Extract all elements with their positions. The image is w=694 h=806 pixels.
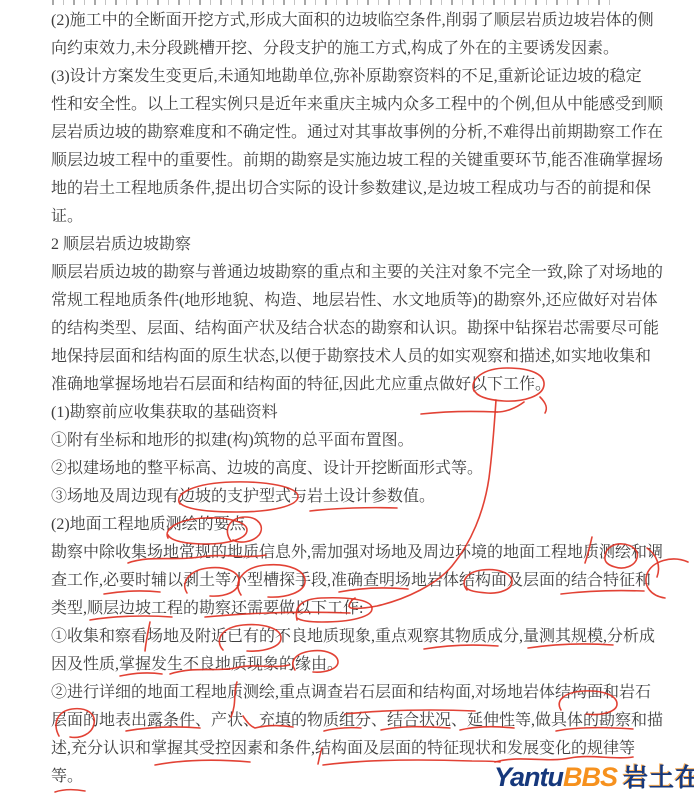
text-line: (3)设计方案发生变更后,未通知地勘单位,弥补原勘察资料的不足,重新论证边坡的稳…: [51, 63, 651, 91]
text-line: 类型,顺层边坡工程的勘察还需要做以下工作:: [51, 595, 651, 623]
text-line: ②进行详细的地面工程地质测绘,重点调查岩石层面和结构面,对场地岩体结构面和岩石: [51, 679, 651, 707]
text-line: 因及性质,掌握发生不良地质现象的缘由。: [51, 651, 651, 679]
text-line: 层面的地表出露条件、产状、充填的物质组分、结合状况、延伸性等,做具体的勘察和描: [51, 707, 651, 735]
text-line: 的结构类型、层面、结构面产状及结合状态的勘察和认识。勘探中钻探岩芯需要尽可能: [51, 315, 651, 343]
text-line: ②拟建场地的整平标高、边坡的高度、设计开挖断面形式等。: [51, 455, 651, 483]
logo-text-yantu: Yantu: [494, 762, 563, 792]
text-line: ①收集和察看场地及附近已有的不良地质现象,重点观察其物质成分,量测其规模,分析成: [51, 623, 651, 651]
text-line: 查工作,必要时辅以剥土等小型槽探手段,准确查明场地岩体结构面及层面的结合特征和: [51, 567, 651, 595]
document-page: (2)施工中的全断面开挖方式,形成大面积的边坡临空条件,削弱了顺层岩质边坡岩体的…: [0, 0, 694, 806]
text-line: 地的岩土工程地质条件,提出切合实际的设计参数建议,是边坡工程成功与否的前提和保: [51, 175, 651, 203]
text-line: (2)地面工程地质测绘的要点: [51, 511, 651, 539]
yantubbs-logo: YantuBBS 岩土在线: [494, 758, 694, 794]
text-line: 性和安全性。以上工程实例只是近年来重庆主城内众多工程中的个例,但从中能感受到顺: [51, 91, 651, 119]
text-line: 顺层边坡工程中的重要性。前期的勘察是实施边坡工程的关键重要环节,能否准确掌握场: [51, 147, 651, 175]
text-line: 准确地掌握场地岩石层面和结构面的特征,因此尤应重点做好以下工作。: [51, 371, 651, 399]
text-line: 勘察中除收集场地常规的地质信息外,需加强对场地及周边环境的地面工程地质测绘和调: [51, 539, 651, 567]
logo-text-cjk: 岩土在线: [623, 758, 694, 794]
document-text: (2)施工中的全断面开挖方式,形成大面积的边坡临空条件,削弱了顺层岩质边坡岩体的…: [51, 7, 651, 791]
text-line: ③场地及周边现有边坡的支护型式与岩土设计参数值。: [51, 483, 651, 511]
text-line: 证。: [51, 203, 651, 231]
text-line: 顺层岩质边坡的勘察与普通边坡勘察的重点和主要的关注对象不完全一致,除了对场地的: [51, 259, 651, 287]
logo-latin: YantuBBS: [494, 762, 617, 793]
text-line: 常规工程地质条件(地形地貌、构造、地层岩性、水文地质等)的勘察外,还应做好对岩体: [51, 287, 651, 315]
logo-text-bbs: BBS: [563, 762, 617, 792]
text-line: (1)勘察前应收集获取的基础资料: [51, 399, 651, 427]
text-line: 2 顺层岩质边坡勘察: [51, 231, 651, 259]
text-line: 地保持层面和结构面的原生状态,以便于勘察技术人员的如实观察和描述,如实地收集和: [51, 343, 651, 371]
text-line: ①附有坐标和地形的拟建(构)筑物的总平面布置图。: [51, 427, 651, 455]
clipped-text-line: [52, 0, 612, 5]
text-line: 向约束效力,未分段跳槽开挖、分段支护的施工方式,构成了外在的主要诱发因素。: [51, 35, 651, 63]
text-line: (2)施工中的全断面开挖方式,形成大面积的边坡临空条件,削弱了顺层岩质边坡岩体的…: [51, 7, 651, 35]
text-line: 层岩质边坡的勘察难度和不确定性。通过对其事故事例的分析,不难得出前期勘察工作在: [51, 119, 651, 147]
